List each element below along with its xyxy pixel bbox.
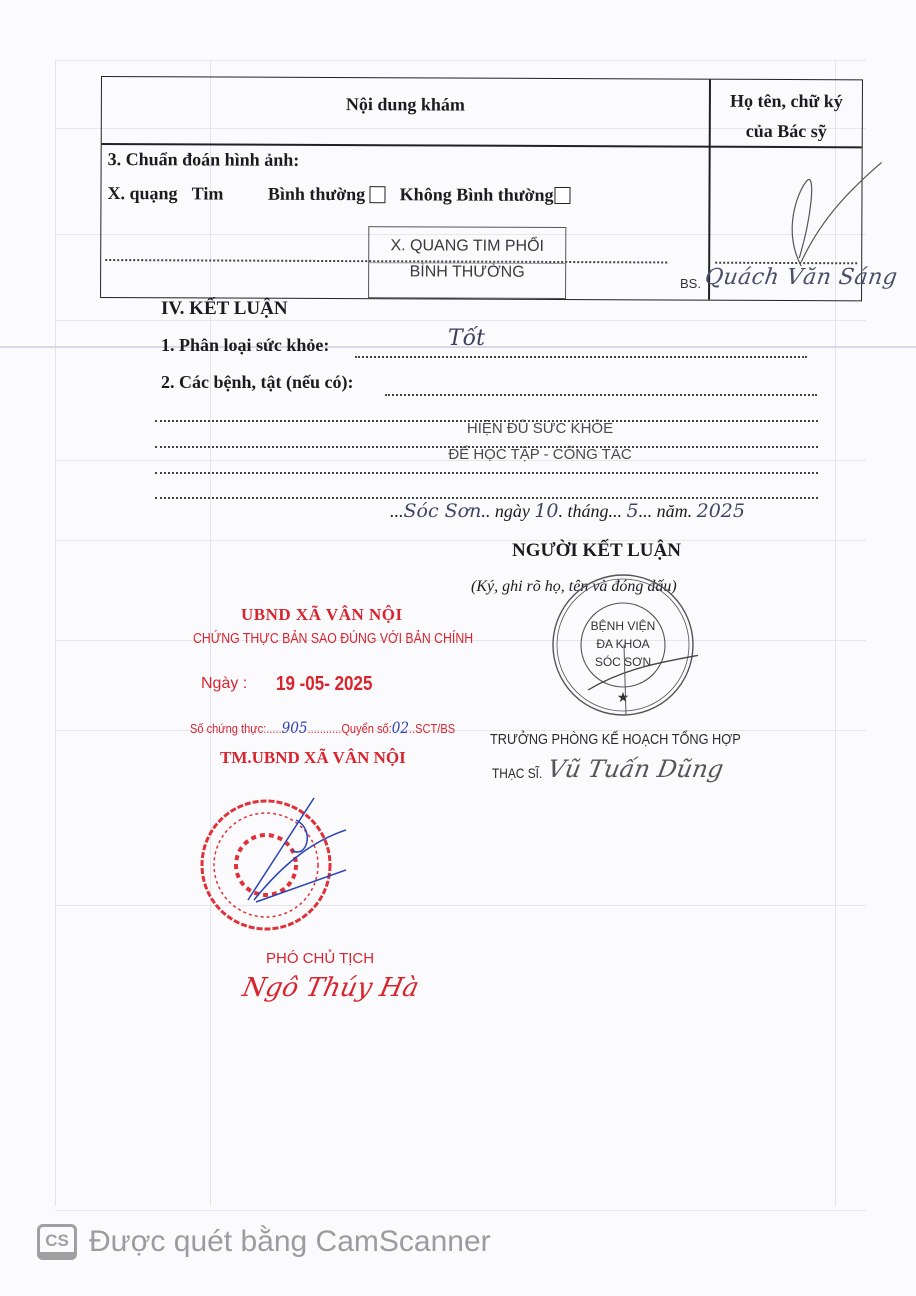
book-number-label: Quyển số: xyxy=(341,721,391,736)
fitness-stamp-line1: HIỆN ĐỦ SỨC KHỎE xyxy=(440,420,640,437)
xray-result-line1: X. QUANG TIM PHỔI xyxy=(369,237,565,256)
option-normal-label: Bình thường xyxy=(268,184,365,204)
svg-text:★: ★ xyxy=(617,691,630,706)
diseases-label: 2. Các bệnh, tật (nếu có): xyxy=(161,372,353,392)
xray-row: X. quạng Tim Bình thường Không Bình thườ… xyxy=(107,183,580,206)
hospital-signer-name: Vũ Tuấn Dũng xyxy=(546,755,726,783)
header-doctor-line2: của Bác sỹ xyxy=(711,116,862,147)
health-class-row: 1. Phân loại sức khỏe: xyxy=(161,335,329,356)
day-label: ngày xyxy=(495,501,530,521)
abnormal-checkbox[interactable] xyxy=(555,187,571,204)
watermark-text: Được quét bằng CamScanner xyxy=(89,1225,491,1259)
health-class-label: 1. Phân loại sức khỏe: xyxy=(161,335,329,355)
diseases-row: 2. Các bệnh, tật (nếu có): xyxy=(161,372,353,393)
fitness-stamp-line2: ĐỂ HỌC TẬP - CÔNG TÁC xyxy=(420,446,660,463)
xray-organ: Tim xyxy=(192,183,224,203)
date-line: ...Sóc Sơn.. ngày 10. tháng... 5... năm.… xyxy=(390,500,745,522)
doctor-signature-scribble xyxy=(741,158,902,279)
year-handwritten: 2025 xyxy=(697,500,745,522)
camscanner-logo-icon: CS xyxy=(37,1224,77,1260)
normal-checkbox[interactable] xyxy=(369,186,385,203)
cert-number-row: Số chứng thực:.....905...........Quyển s… xyxy=(190,718,455,737)
conclusion-heading: IV. KẾT LUẬN xyxy=(161,298,288,320)
book-suffix: SCT/BS xyxy=(415,721,455,736)
camscanner-watermark: CS Được quét bằng CamScanner xyxy=(37,1224,491,1260)
xray-label: X. quạng xyxy=(107,183,177,203)
xray-result-line2: BÌNH THƯỜNG xyxy=(369,263,565,282)
red-signer-name: Ngô Thúy Hà xyxy=(240,973,422,1003)
section-imaging-title: 3. Chuẩn đoán hình ảnh: xyxy=(108,149,300,171)
doctor-name-signature: Quách Văn Sáng xyxy=(703,265,899,290)
header-doctor-signature: Họ tên, chữ ký của Bác sỹ xyxy=(711,86,862,147)
year-label: năm xyxy=(657,501,688,521)
dotted-line xyxy=(385,394,817,396)
header-doctor-line1: Họ tên, chữ ký xyxy=(711,86,862,117)
cert-date-value: 19 -05- 2025 xyxy=(276,673,372,696)
cert-date-label: Ngày : xyxy=(201,675,247,693)
place-handwritten: Sóc Sơn xyxy=(404,500,482,522)
month-label: tháng xyxy=(568,501,609,521)
cert-number-label: Số chứng thực: xyxy=(190,721,266,736)
doctor-prefix: BS. xyxy=(680,276,701,291)
conclusion-signer-title: NGƯỜI KẾT LUẬN xyxy=(512,540,681,562)
health-class-value: Tốt xyxy=(448,326,485,351)
dotted-line xyxy=(155,472,818,474)
hospital-seal: BỆNH VIỆN ĐA KHOA SÓC SƠN ★ xyxy=(548,570,698,720)
red-signer-title: PHÓ CHỦ TỊCH xyxy=(266,950,374,967)
option-abnormal-label: Không Bình thường xyxy=(400,184,554,205)
header-exam-content: Nội dung khám xyxy=(102,93,709,117)
xray-result-stamp: X. QUANG TIM PHỔI BÌNH THƯỜNG xyxy=(368,226,566,299)
certifying-authority: UBND XÃ VÂN NỘI xyxy=(241,605,403,625)
certification-statement: CHỨNG THỰC BẢN SAO ĐÚNG VỚI BẢN CHÍNH xyxy=(193,630,473,647)
department-head-title: TRƯỞNG PHÒNG KẾ HOẠCH TỔNG HỢP xyxy=(490,731,741,748)
dotted-line xyxy=(355,356,807,358)
signer-degree: THẠC SĨ. xyxy=(492,765,542,781)
month-handwritten: 5 xyxy=(627,500,639,522)
book-number-value: 02 xyxy=(392,718,409,737)
commune-red-seal xyxy=(196,790,346,940)
day-handwritten: 10 xyxy=(534,500,558,522)
on-behalf-of: TM.UBND XÃ VÂN NỘI xyxy=(220,748,406,768)
hospital-seal-line2: ĐA KHOA xyxy=(596,637,649,651)
dotted-line xyxy=(155,497,818,499)
hospital-seal-line1: BỆNH VIỆN xyxy=(591,618,656,633)
cert-number-value: 905 xyxy=(282,718,308,737)
